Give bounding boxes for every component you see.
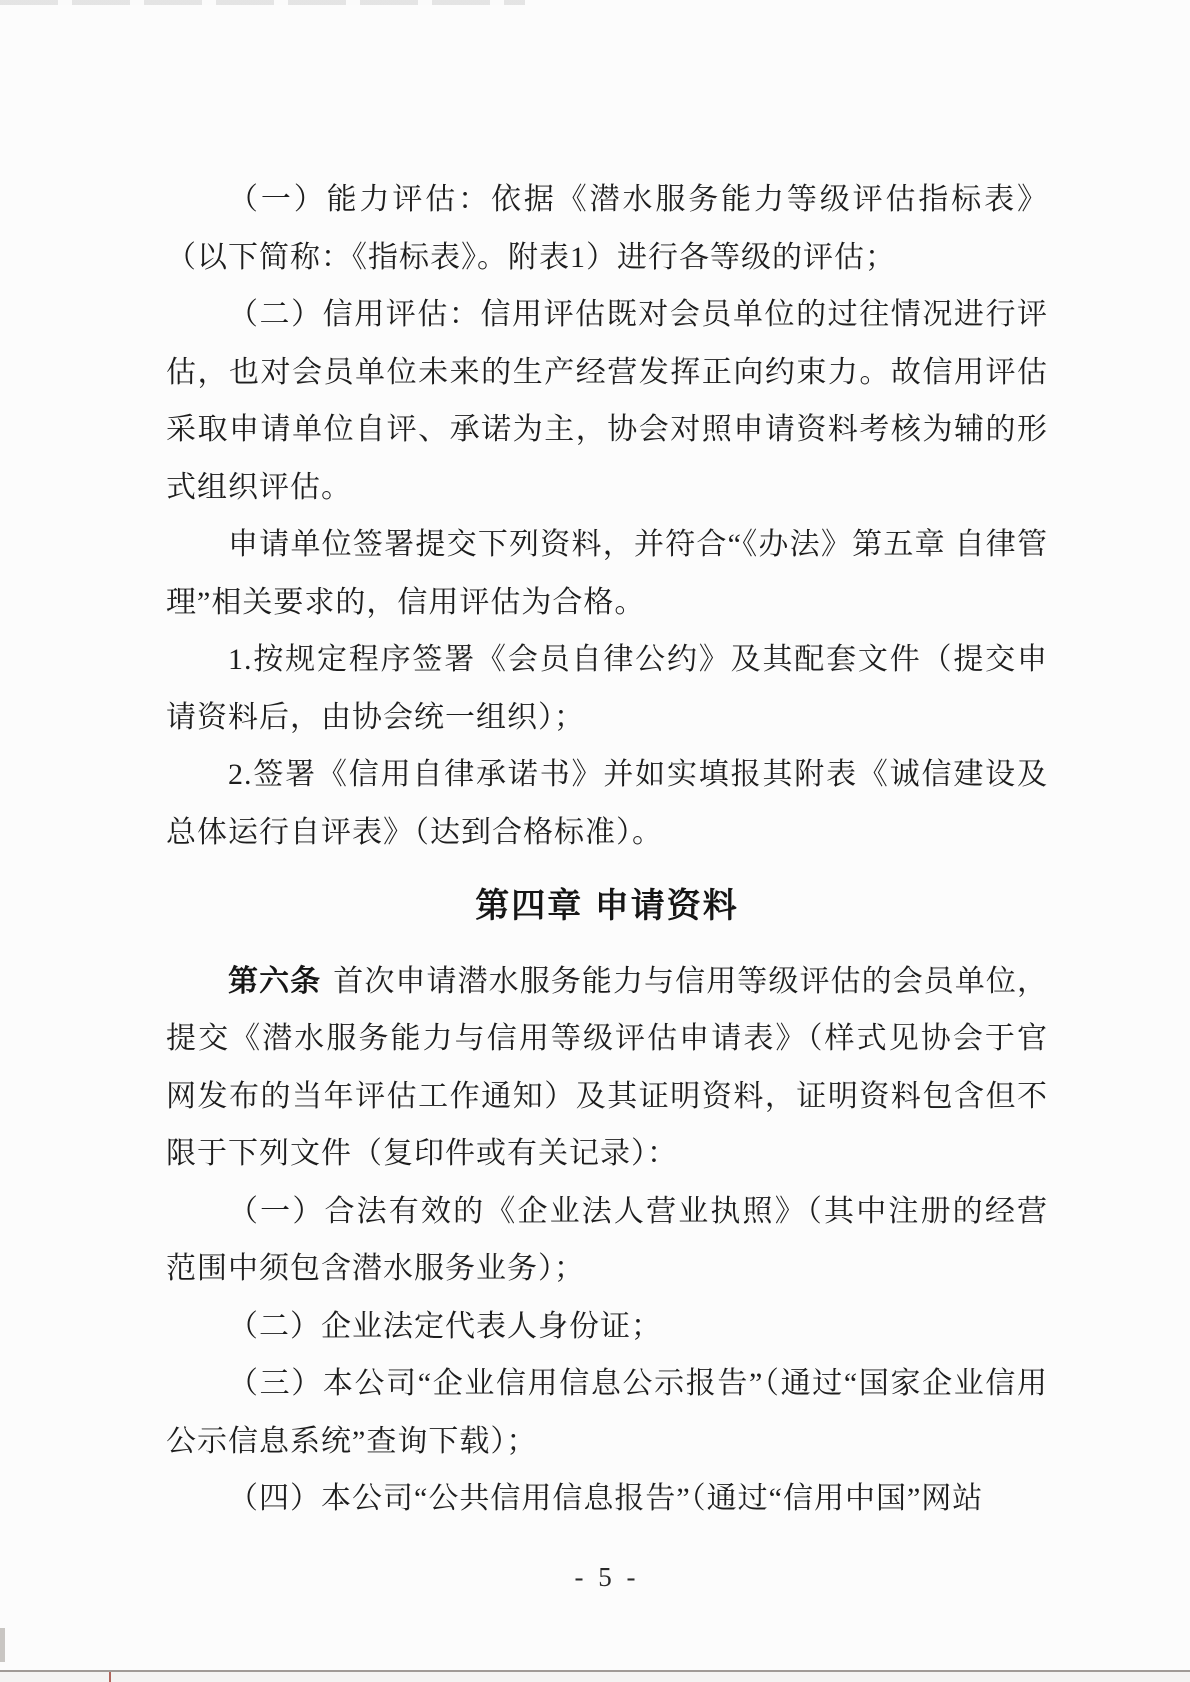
- list-item-self-discipline-pact: 1.按规定程序签署《会员自律公约》及其配套文件（提交申请资料后，由协会统一组织）…: [166, 631, 1048, 746]
- list-item-business-license: （一）合法有效的《企业法人营业执照》（其中注册的经营范围中须包含潜水服务业务）；: [166, 1183, 1048, 1298]
- scan-artifact-bottom-strip: [0, 1672, 1190, 1682]
- list-item-credit-commitment: 2.签署《信用自律承诺书》并如实填报其附表《诚信建设及总体运行自评表》（达到合格…: [166, 746, 1048, 861]
- paragraph-capability-evaluation: （一）能力评估：依据《潜水服务能力等级评估指标表》（以下简称：《指标表》。附表1…: [166, 171, 1048, 286]
- scan-artifact-red-tick: [109, 1672, 111, 1682]
- document-body: （一）能力评估：依据《潜水服务能力等级评估指标表》（以下简称：《指标表》。附表1…: [166, 171, 1048, 1528]
- list-item-enterprise-credit-report: （三）本公司“企业信用信息公示报告”（通过“国家企业信用公示信息系统”查询下载）…: [166, 1355, 1048, 1470]
- list-item-public-credit-report: （四）本公司“公共信用信息报告”（通过“信用中国”网站: [166, 1470, 1048, 1528]
- paragraph-submission-requirements: 申请单位签署提交下列资料，并符合“《办法》第五章 自律管理”相关要求的，信用评估…: [166, 516, 1048, 631]
- document-page: （一）能力评估：依据《潜水服务能力等级评估指标表》（以下简称：《指标表》。附表1…: [0, 0, 1190, 1682]
- chapter-4-heading: 第四章 申请资料: [166, 878, 1048, 936]
- paragraph-credit-evaluation: （二）信用评估：信用评估既对会员单位的过往情况进行评估，也对会员单位未来的生产经…: [166, 286, 1048, 516]
- paragraph-article-6: 第六条首次申请潜水服务能力与信用等级评估的会员单位，提交《潜水服务能力与信用等级…: [166, 953, 1048, 1183]
- list-item-legal-representative-id: （二）企业法定代表人身份证；: [166, 1298, 1048, 1356]
- scan-artifact-left-smudge: [0, 1628, 5, 1662]
- page-number: - 5 -: [166, 1562, 1048, 1593]
- article-6-label: 第六条: [228, 965, 321, 998]
- scan-artifact-top-edge: [0, 0, 525, 5]
